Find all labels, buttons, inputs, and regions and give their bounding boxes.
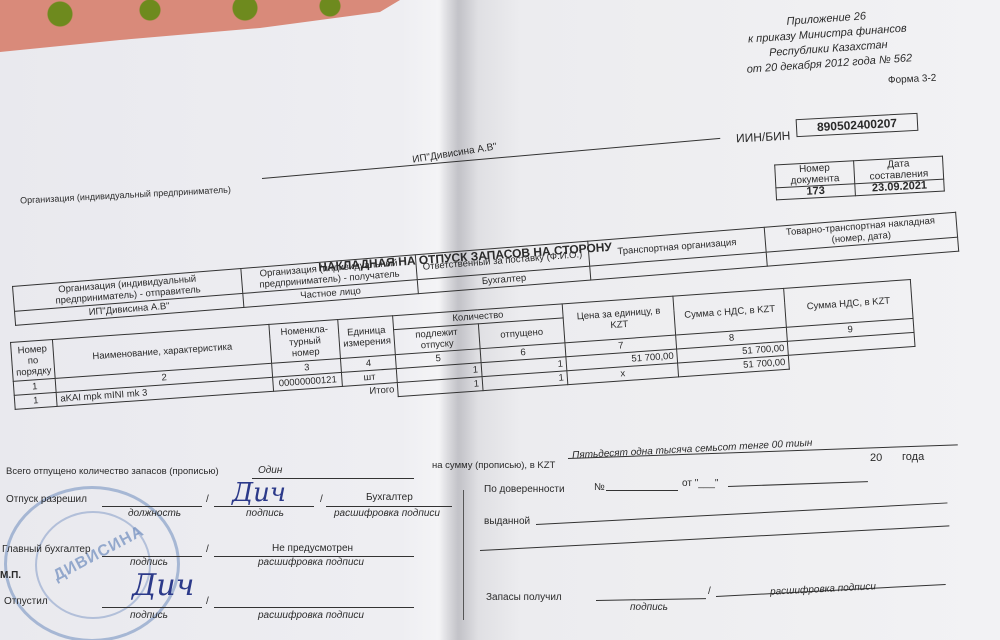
released-by-label: Отпустил <box>4 596 48 607</box>
col-nomenclature: Номенкла-турный номер <box>269 320 341 364</box>
signature-caption: подпись <box>246 508 284 519</box>
total-qty-label: Всего отпущено количество запасов (пропи… <box>6 466 219 477</box>
slash: / <box>206 596 209 607</box>
released-decode-line <box>214 607 414 608</box>
appendix-header: Приложение 26 к приказу Министра финансо… <box>743 6 913 77</box>
decode-caption: расшифровка подписи <box>334 508 440 519</box>
signature-release-allowed: Дич <box>232 478 286 508</box>
issued-label: выданной <box>484 516 530 527</box>
sum-label: на сумму (прописью), в KZT <box>432 460 555 471</box>
signature-released-by: Дич <box>132 568 194 603</box>
released-signature-line <box>102 607 202 608</box>
proxy-from-label: от "___" <box>682 478 718 489</box>
total-qty-value: Один <box>258 465 282 476</box>
received-label: Запасы получил <box>486 592 562 603</box>
decode-line <box>326 506 452 507</box>
proxy-no-label: № <box>594 482 605 493</box>
proxy-label: По доверенности <box>484 484 565 495</box>
proxy-no-line <box>606 490 678 491</box>
col-row-no: Номер по порядку <box>11 340 56 382</box>
decode-caption: расшифровка подписи <box>258 557 364 568</box>
slash: / <box>320 494 323 505</box>
signature-caption: подпись <box>130 557 168 568</box>
decode-caption: расшифровка подписи <box>258 610 364 621</box>
chief-accountant-label: Главный бухгалтер <box>2 544 91 555</box>
col-unit: Единица измерения <box>338 316 395 359</box>
signature-caption: подпись <box>130 610 168 621</box>
position-line <box>102 506 202 507</box>
chief-accountant-decode: Не предусмотрен <box>272 543 353 554</box>
year-suffix: года <box>902 451 924 463</box>
year-prefix: 20 <box>870 452 882 464</box>
iin-label: ИИН/БИН <box>736 129 791 146</box>
slash: / <box>708 586 711 597</box>
release-allowed-decode: Бухгалтер <box>366 492 413 503</box>
release-allowed-label: Отпуск разрешил <box>6 494 87 505</box>
signature-caption: подпись <box>630 602 668 613</box>
slash: / <box>206 544 209 555</box>
position-caption: должность <box>128 508 181 519</box>
slash: / <box>206 494 209 505</box>
stamp-place-label: М.П. <box>0 570 21 581</box>
footer-divider <box>463 490 464 620</box>
